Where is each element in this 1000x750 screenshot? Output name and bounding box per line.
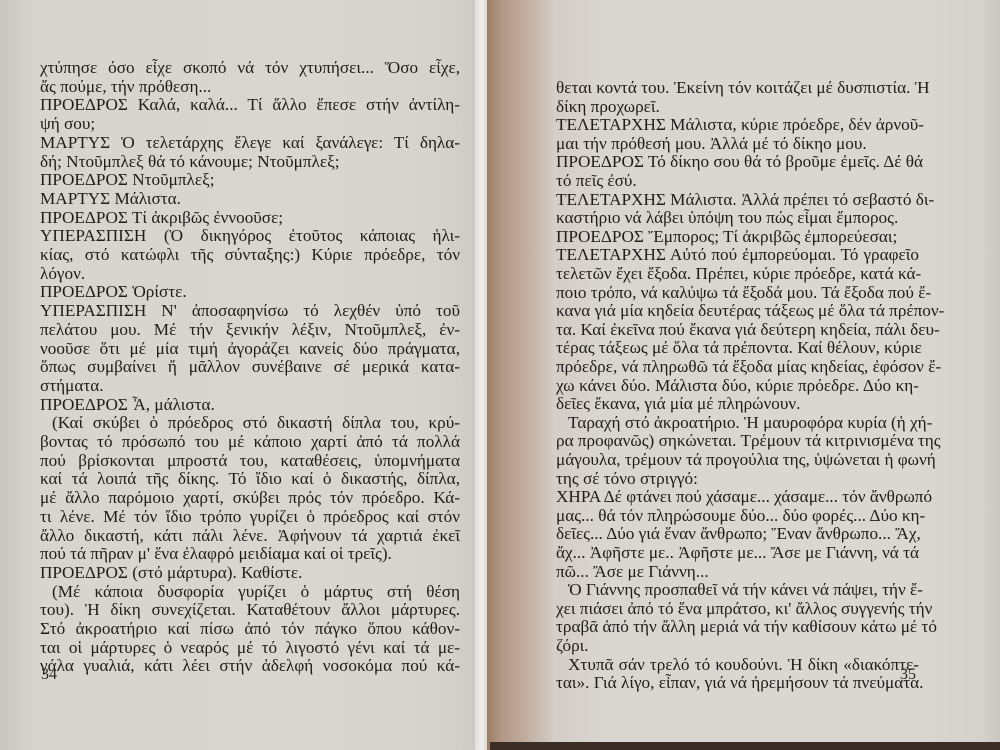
book-gutter <box>487 0 557 750</box>
text-line: γάλα γυαλιά, κάτι λέει στήν ἀδελφή νοσοκ… <box>40 655 460 676</box>
right-page-number: 35 <box>900 666 916 684</box>
bottom-shadow <box>490 742 1000 750</box>
text-line: ται». Γιά λίγο, εἶπαν, γιά νά ἠρεμήσουν … <box>556 672 919 693</box>
left-page-edge <box>475 0 487 750</box>
left-page-number: 34 <box>41 666 57 684</box>
